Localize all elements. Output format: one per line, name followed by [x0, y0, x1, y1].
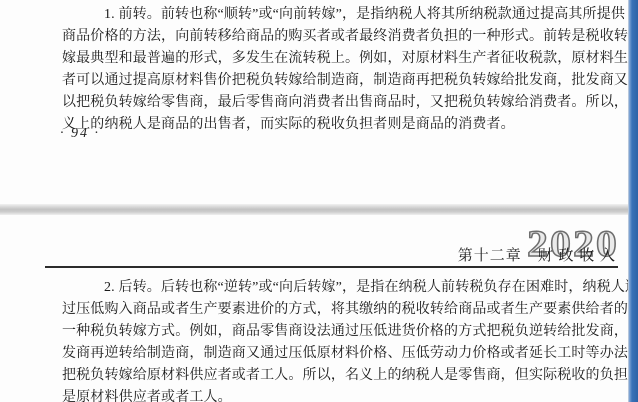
header-rule — [45, 266, 618, 268]
text-line: 2. 后转。后转也称“逆转”或“向后转嫁”，是指在纳税人前转税负存在困难时，纳税… — [62, 277, 625, 299]
text-line: 过压低购入商品或者生产要素进价的方式，将其缴纳的税收转给商品或者生产要素供给者的 — [62, 299, 625, 321]
chapter-running-head: 第十二章 财 政 收 入 — [458, 244, 616, 265]
text-line: 把税负转嫁给原材料供应者或者工人。所以，名义上的纳税人是零售商，但实际税收的负担… — [62, 365, 625, 387]
text-line: 一种税负转嫁方式。例如，商品零售商设法通过压低进货价格的方式把税负逆转给批发商，… — [62, 321, 625, 343]
page-separator — [0, 204, 629, 215]
text-line: 义上的纳税人是商品的出售者，而实际的税收负担者则是商品的消费者。 — [62, 114, 625, 136]
page-number: · 94 · — [60, 126, 100, 142]
page-95: 2020 第十二章 财 政 收 入 2. 后转。后转也称“逆转”或“向后转嫁”，… — [0, 215, 629, 402]
text-line: 是原材料供应者或者工人。 — [62, 387, 625, 402]
viewer-right-edge — [628, 0, 638, 402]
text-line: 商品价格的方法，向前转移给商品的购买者或者最终消费者负担的一种形式。前转是税收转 — [62, 26, 625, 48]
text-line: 者可以通过提高原材料售价把税负转嫁给制造商，制造商再把税负转嫁给批发商，批发商又… — [62, 70, 625, 92]
text-line: 嫁最典型和最普遍的形式，多发生在流转税上。例如，对原材料生产者征收税款，原材料生… — [62, 48, 625, 70]
paragraph-backward-shifting: 2. 后转。后转也称“逆转”或“向后转嫁”，是指在纳税人前转税负存在困难时，纳税… — [62, 277, 625, 402]
text-line: 以把税负转嫁给零售商，最后零售商向消费者出售商品时，又把税负转嫁给消费者。所以，… — [62, 92, 625, 114]
text-line: 发商再逆转给制造商，制造商又通过压低原材料价格、压低劳动力价格或者延长工时等办法… — [62, 343, 625, 365]
document-viewer: 1. 前转。前转也称“顺转”或“向前转嫁”，是指纳税人将其所纳税款通过提高其所提… — [0, 0, 638, 402]
page-94: 1. 前转。前转也称“顺转”或“向前转嫁”，是指纳税人将其所纳税款通过提高其所提… — [0, 0, 629, 206]
paragraph-forward-shifting: 1. 前转。前转也称“顺转”或“向前转嫁”，是指纳税人将其所纳税款通过提高其所提… — [62, 4, 625, 136]
text-line: 1. 前转。前转也称“顺转”或“向前转嫁”，是指纳税人将其所纳税款通过提高其所提… — [62, 4, 625, 26]
